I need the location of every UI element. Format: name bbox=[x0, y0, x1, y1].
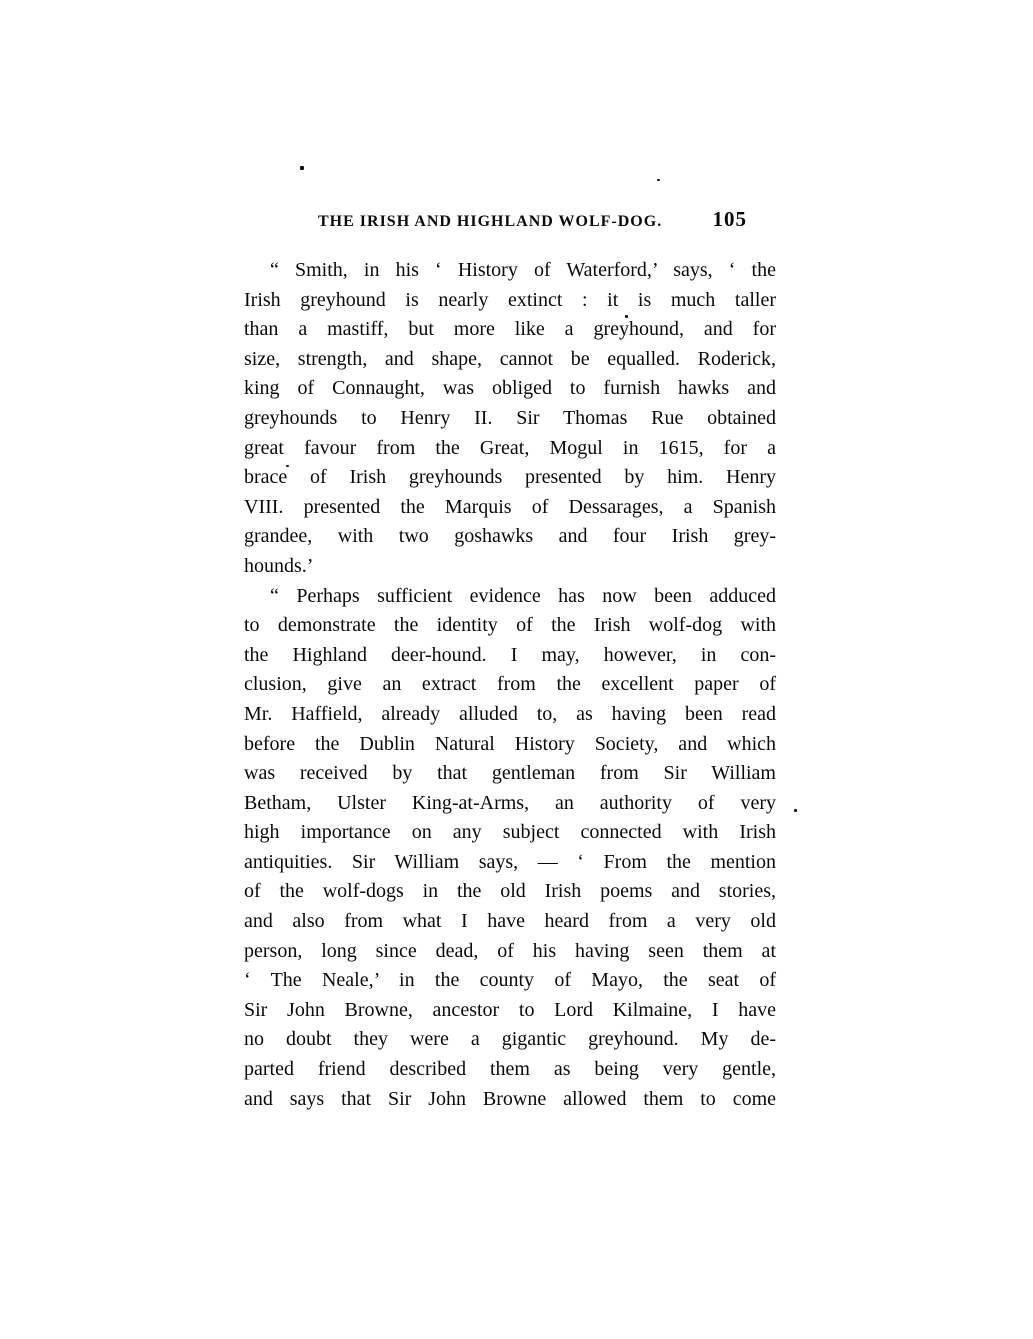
text-line: antiquities. Sir William says, — ‘ From … bbox=[244, 848, 776, 878]
text-line: greyhounds to Henry II. Sir Thomas Rue o… bbox=[244, 404, 776, 434]
ink-speck bbox=[794, 809, 797, 812]
text-line: and says that Sir John Browne allowed th… bbox=[244, 1085, 776, 1115]
text-line: high importance on any subject connected… bbox=[244, 818, 776, 848]
paragraph: “ Smith, in his ‘ History of Waterford,’… bbox=[244, 256, 776, 582]
text-line: parted friend described them as being ve… bbox=[244, 1055, 776, 1085]
text-line: of the wolf-dogs in the old Irish poems … bbox=[244, 877, 776, 907]
text-line: VIII. presented the Marquis of Dessarage… bbox=[244, 493, 776, 523]
text-line: Irish greyhound is nearly extinct : it i… bbox=[244, 286, 776, 316]
text-line: ‘ The Neale,’ in the county of Mayo, the… bbox=[244, 966, 776, 996]
text-line: Mr. Haffield, already alluded to, as hav… bbox=[244, 700, 776, 730]
text-line: and also from what I have heard from a v… bbox=[244, 907, 776, 937]
text-line: no doubt they were a gigantic greyhound.… bbox=[244, 1025, 776, 1055]
text-line: the Highland deer-hound. I may, however,… bbox=[244, 641, 776, 671]
ink-speck bbox=[625, 315, 628, 318]
page-number: 105 bbox=[713, 207, 748, 232]
text-line: to demonstrate the identity of the Irish… bbox=[244, 611, 776, 641]
book-page: THE IRISH AND HIGHLAND WOLF-DOG. 105 “ S… bbox=[0, 0, 1033, 1339]
text-line: “ Perhaps sufficient evidence has now be… bbox=[244, 582, 776, 612]
text-line: Betham, Ulster King-at-Arms, an authorit… bbox=[244, 789, 776, 819]
ink-speck bbox=[286, 465, 289, 467]
text-line: was received by that gentleman from Sir … bbox=[244, 759, 776, 789]
text-line: than a mastiff, but more like a greyhoun… bbox=[244, 315, 776, 345]
paragraph: “ Perhaps sufficient evidence has now be… bbox=[244, 582, 776, 1115]
ink-speck bbox=[300, 166, 304, 170]
text-line: person, long since dead, of his having s… bbox=[244, 937, 776, 967]
text-line: brace of Irish greyhounds presented by h… bbox=[244, 463, 776, 493]
text-line: clusion, give an extract from the excell… bbox=[244, 670, 776, 700]
text-line: grandee, with two goshawks and four Iris… bbox=[244, 522, 776, 552]
text-line: king of Connaught, was obliged to furnis… bbox=[244, 374, 776, 404]
text-line: great favour from the Great, Mogul in 16… bbox=[244, 434, 776, 464]
page-header-title: THE IRISH AND HIGHLAND WOLF-DOG. bbox=[318, 213, 662, 231]
text-line: Sir John Browne, ancestor to Lord Kilmai… bbox=[244, 996, 776, 1026]
text-line: hounds.’ bbox=[244, 552, 776, 582]
text-line: size, strength, and shape, cannot be equ… bbox=[244, 345, 776, 375]
text-line: before the Dublin Natural History Societ… bbox=[244, 730, 776, 760]
page-text: “ Smith, in his ‘ History of Waterford,’… bbox=[244, 256, 776, 1114]
running-header: THE IRISH AND HIGHLAND WOLF-DOG. 105 bbox=[244, 206, 776, 236]
ink-speck bbox=[657, 179, 660, 181]
text-line: “ Smith, in his ‘ History of Waterford,’… bbox=[244, 256, 776, 286]
